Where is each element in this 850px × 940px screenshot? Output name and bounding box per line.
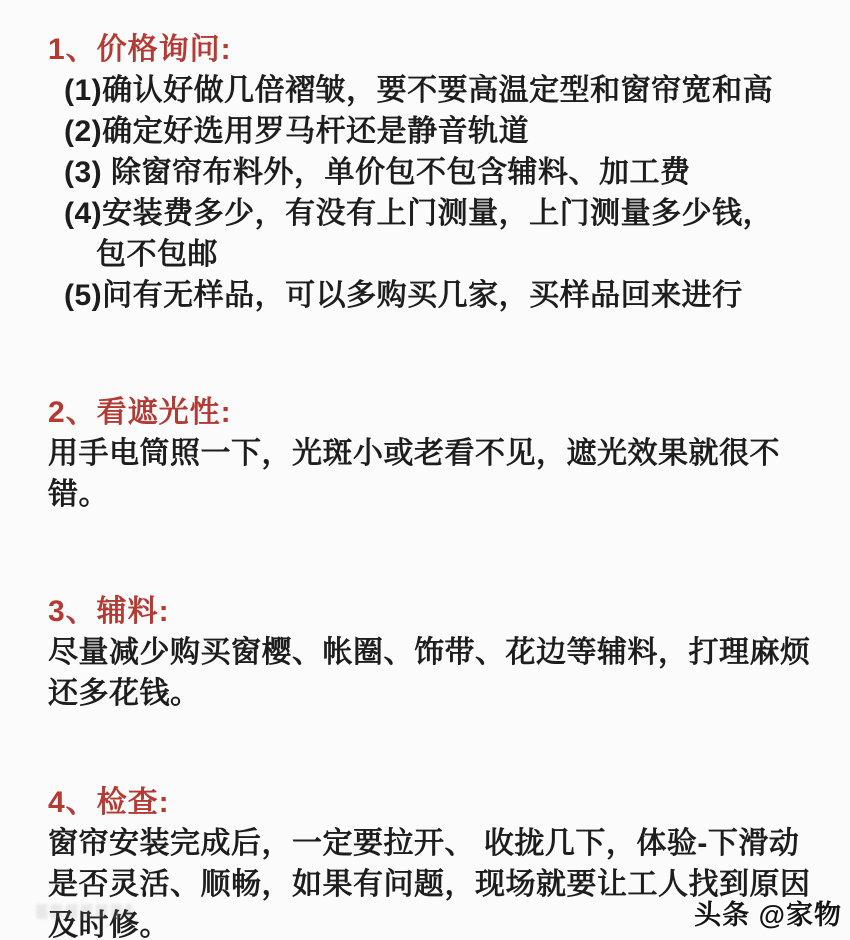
section-line: (2)确定好选用罗马杆还是静音轨道 [0,111,850,152]
faint-watermark [36,904,132,919]
section-line: 包不包邮 [0,234,850,275]
section-line: 还多花钱。 [0,673,850,714]
section-heading: 3、辅料: [0,591,850,632]
tip-section: 2、看遮光性: 用手电筒照一下，光斑小或老看不见，遮光效果就很不错。 [0,392,850,515]
tip-section: 1、价格询问: (1)确认好做几倍褶皱，要不要高温定型和窗帘宽和高(2)确定好选… [0,29,850,316]
article-page: 1、价格询问: (1)确认好做几倍褶皱，要不要高温定型和窗帘宽和高(2)确定好选… [0,0,850,940]
section-heading: 1、价格询问: [0,29,850,70]
section-line: (5)问有无样品，可以多购买几家，买样品回来进行 [0,275,850,316]
section-line: 窗帘安装完成后，一定要拉开、 收拢几下，体验-下滑动 [0,823,850,864]
section-line: 错。 [0,474,850,515]
section-heading: 4、检查: [0,782,850,823]
section-line: (3) 除窗帘布料外，单价包不包含辅料、加工费 [0,152,850,193]
section-line: (1)确认好做几倍褶皱，要不要高温定型和窗帘宽和高 [0,70,850,111]
toutiao-watermark: 头条 @家物 [694,893,842,932]
tip-section: 3、辅料: 尽量减少购买窗樱、帐圈、饰带、花边等辅料，打理麻烦还多花钱。 [0,591,850,714]
section-line: 尽量减少购买窗樱、帐圈、饰带、花边等辅料，打理麻烦 [0,632,850,673]
section-line: (4)安装费多少，有没有上门测量，上门测量多少钱， [0,193,850,234]
sections: 1、价格询问: (1)确认好做几倍褶皱，要不要高温定型和窗帘宽和高(2)确定好选… [0,0,850,940]
section-heading: 2、看遮光性: [0,392,850,433]
section-line: 用手电筒照一下，光斑小或老看不见，遮光效果就很不 [0,433,850,474]
